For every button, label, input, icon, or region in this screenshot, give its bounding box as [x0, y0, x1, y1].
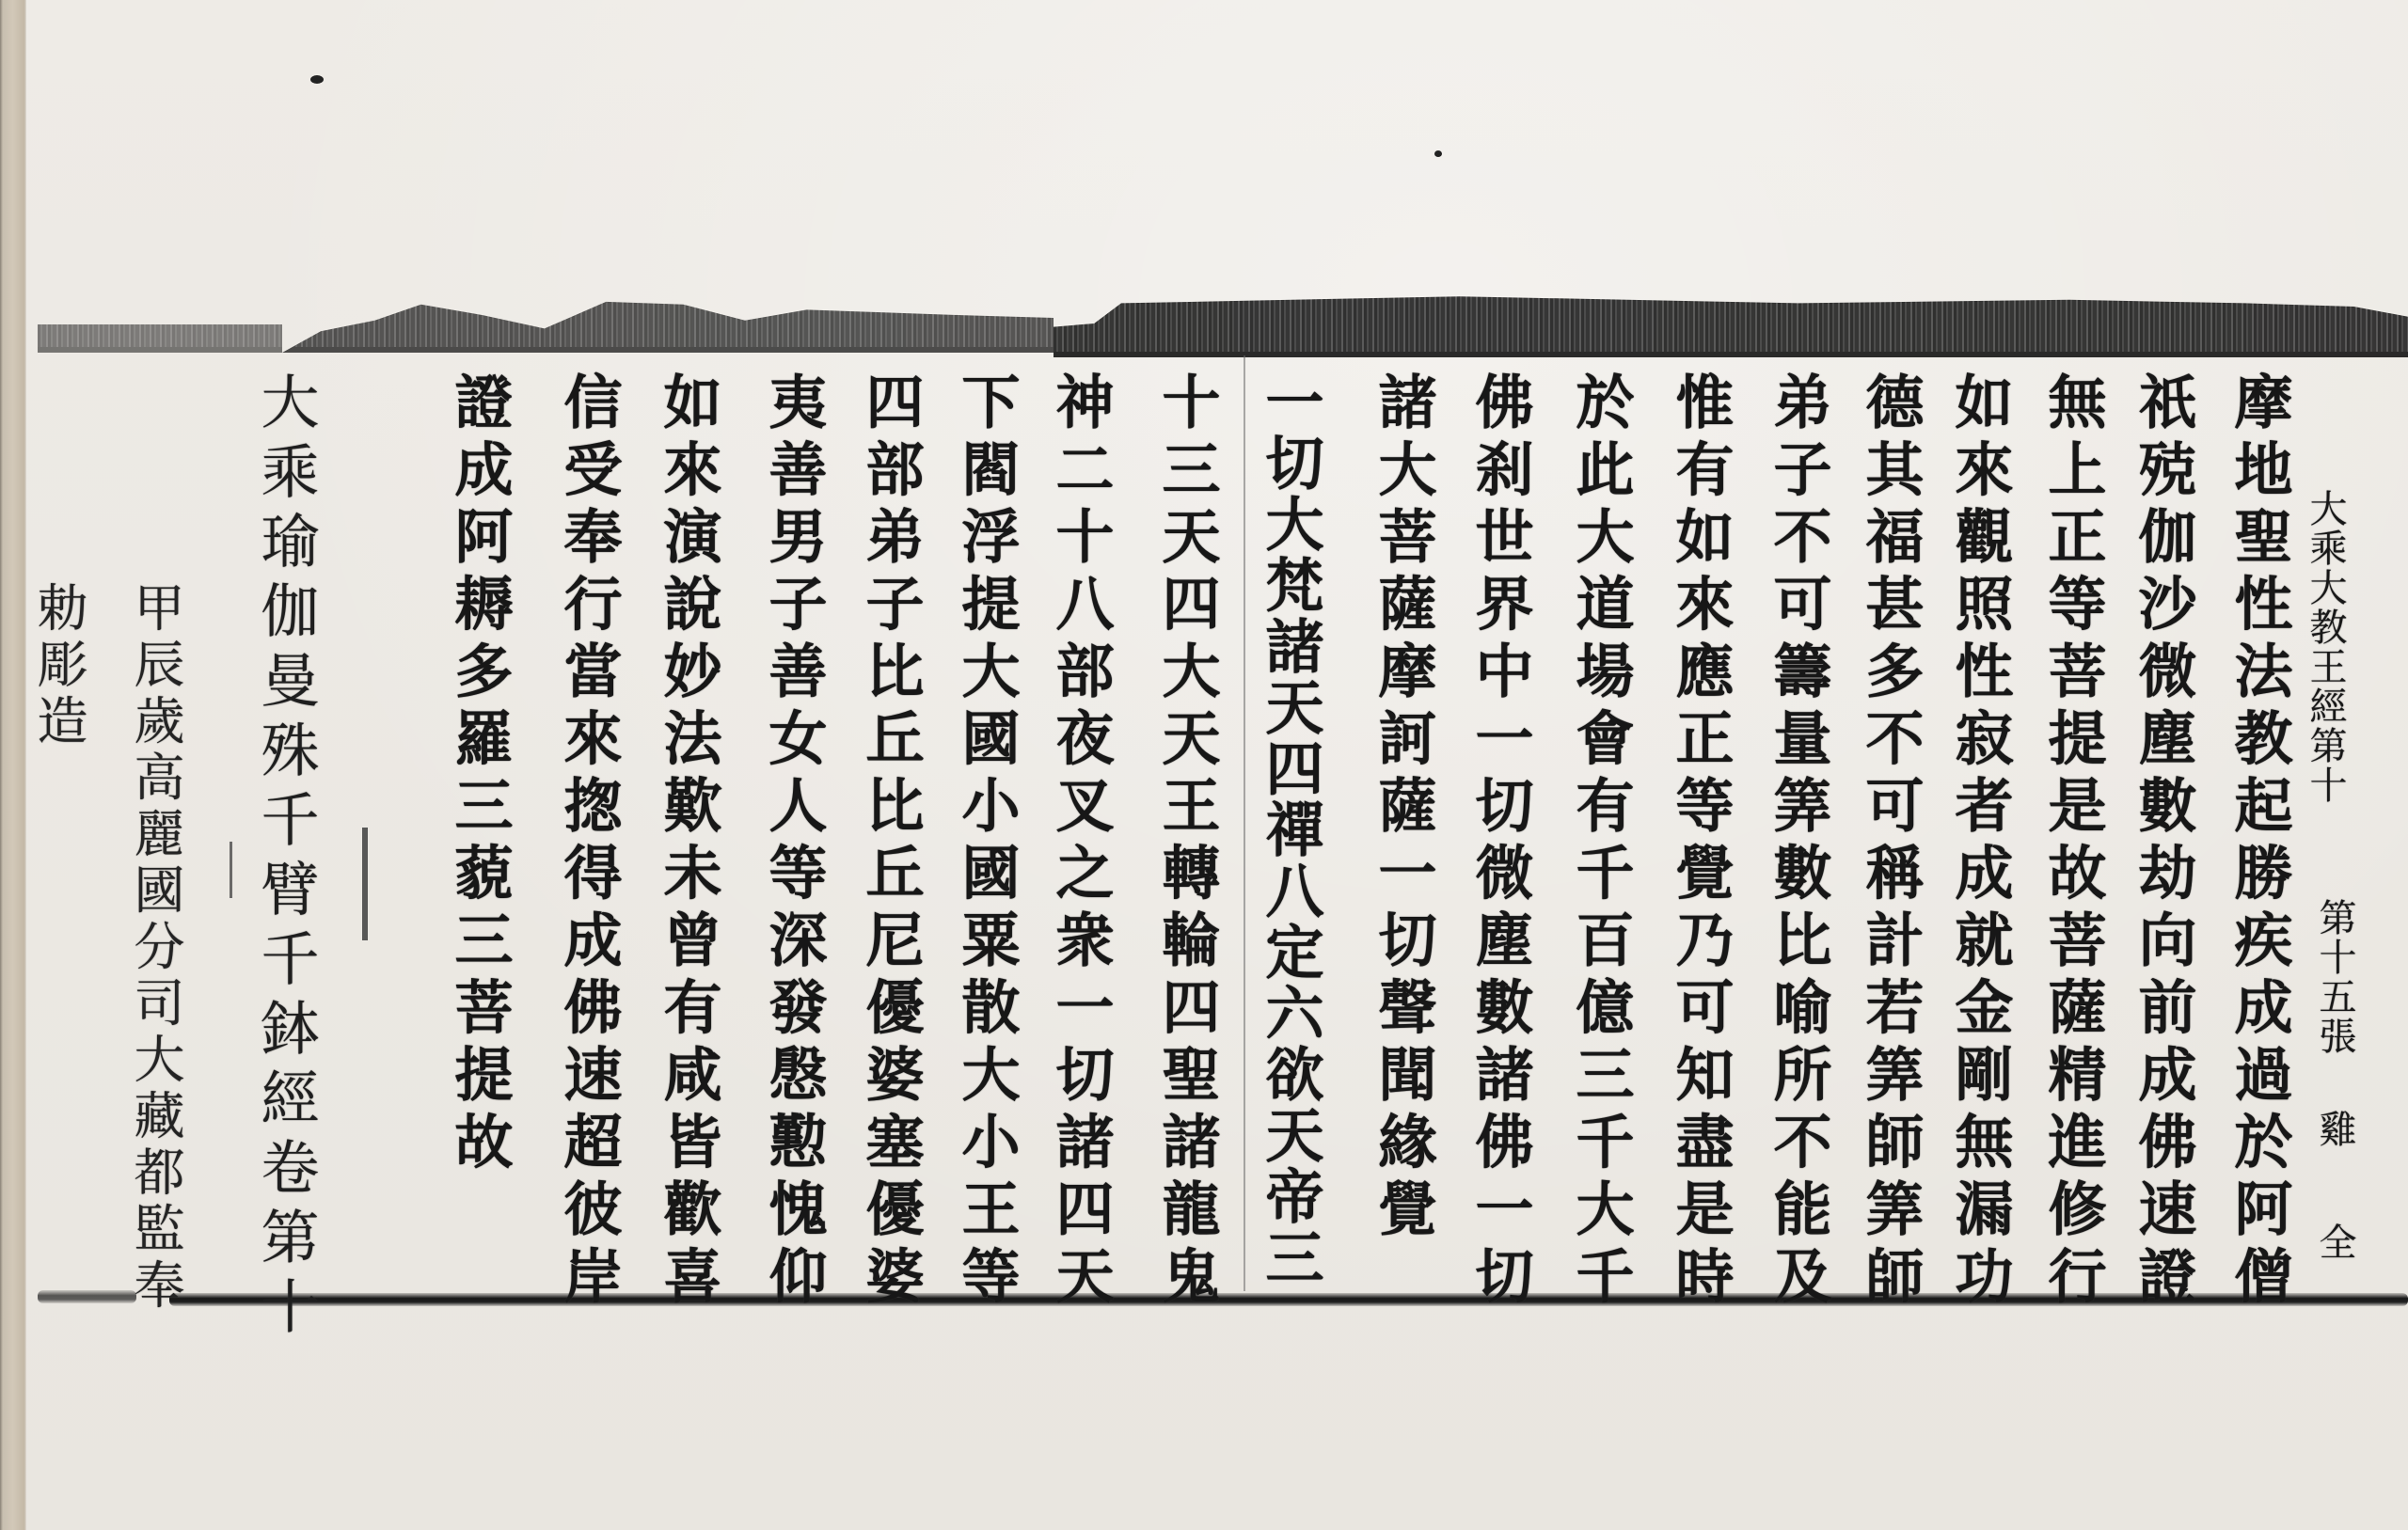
- paper-speck: [310, 75, 324, 84]
- margin-sutra-abbrev: 大乘大教王經第十: [2306, 489, 2344, 805]
- text-column-8: 於此大道場會有千百億三千大千: [1571, 371, 1629, 1313]
- margin-case-mark: 全: [2316, 1222, 2353, 1262]
- text-column-1: 摩地聖性法教起勝疾成過於阿僧: [2229, 371, 2288, 1313]
- text-column-15: 四部弟子比丘比丘尼優婆塞優婆: [861, 371, 919, 1313]
- text-column-10: 諸大菩薩摩訶薩一切聲聞緣覺: [1373, 371, 1432, 1246]
- binding-edge: [0, 0, 26, 1530]
- top-border-fragment: [38, 324, 282, 353]
- text-column-17: 如來演說妙法歎未曾有咸皆歡喜: [658, 371, 717, 1313]
- text-column-6: 弟子不可籌量筭數比喻所不能及: [1768, 371, 1827, 1313]
- margin-sheet-number: 第十五張: [2316, 898, 2353, 1056]
- bottom-border-fragment: [38, 1290, 136, 1303]
- text-column-14: 下閻浮提大國小國粟散大小王等: [957, 371, 1015, 1313]
- ink-mark: [362, 828, 368, 940]
- text-column-4: 如來觀照性寂者成就金剛無漏功: [1950, 371, 2008, 1313]
- colophon-line-2: 勅彫造: [33, 581, 84, 750]
- text-column-2: 祇殑伽沙微塵數劫向前成佛速證: [2133, 371, 2192, 1313]
- ink-mark: [230, 842, 232, 898]
- block-seam-line: [1244, 355, 1245, 1291]
- text-column-16: 夷善男子善女人等深發慇懃愧仰: [764, 371, 822, 1313]
- margin-case-mark: 雞: [2316, 1110, 2353, 1149]
- text-column-18: 信受奉行當來揔得成佛速超彼岸: [559, 371, 617, 1313]
- end-title: 大乘瑜伽曼殊千臂千鉢經卷第十: [256, 371, 314, 1346]
- paper-speck: [1434, 150, 1442, 157]
- colophon-line-1: 甲辰歲高麗國分司大藏都監奉: [130, 581, 181, 1315]
- text-column-9: 佛刹世界中一切微塵數諸佛一切: [1470, 371, 1529, 1313]
- text-column-11: 一切大梵諸天四禪八定六欲天帝三: [1260, 371, 1319, 1288]
- text-column-5: 德其福甚多不可稱計若筭師筭師: [1861, 371, 1919, 1313]
- text-column-13: 神二十八部夜叉之衆一切諸四天: [1051, 371, 1109, 1313]
- text-column-3: 無上正等菩提是故菩薩精進修行: [2043, 371, 2101, 1313]
- text-column-19: 證成阿耨多羅三藐三菩提故: [450, 371, 508, 1178]
- text-column-7: 惟有如來應正等覺乃可知盡是時: [1671, 371, 1729, 1313]
- top-border: [1053, 290, 2408, 357]
- text-column-12: 十三天四大天王轉輪四聖諸龍鬼: [1157, 371, 1215, 1313]
- top-border-fragment: [282, 299, 1053, 353]
- scanned-page: 大乘大教王經第十 第十五張 雞 全 摩地聖性法教起勝疾成過於阿僧 祇殑伽沙微塵數…: [0, 0, 2408, 1530]
